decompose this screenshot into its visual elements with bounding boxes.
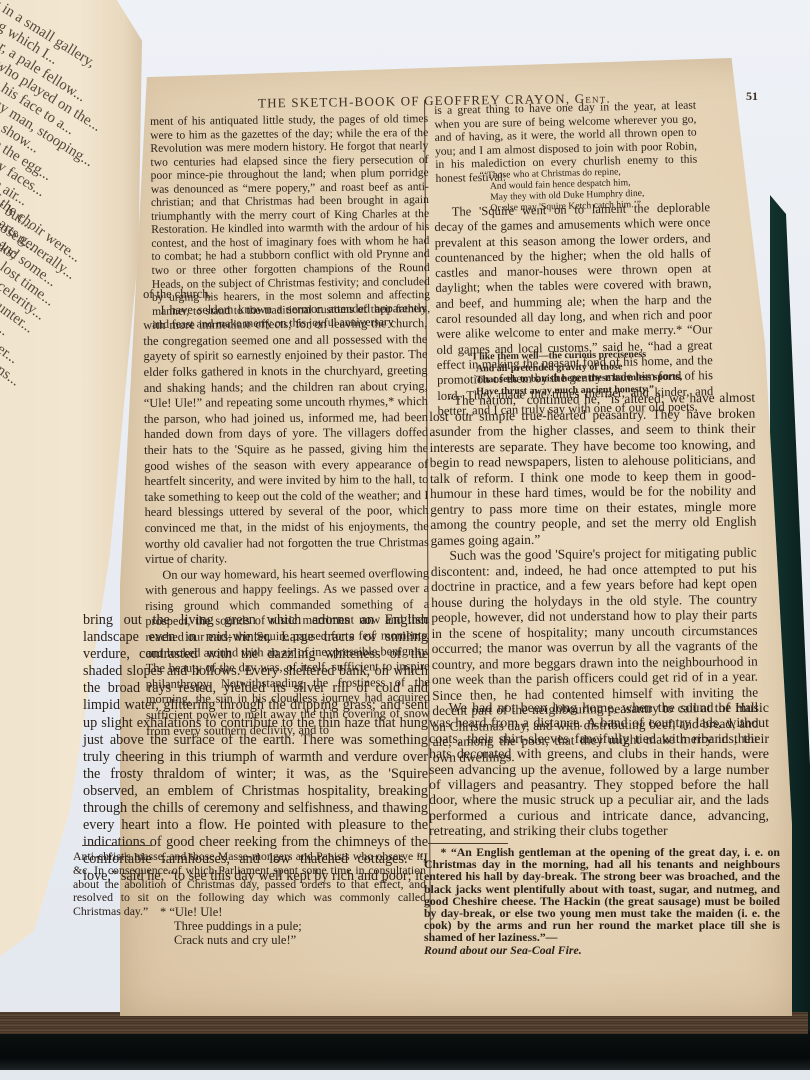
footnote-verse: * “Ule! Ule! Three puddings in a pule; C… (160, 905, 302, 947)
footnote-text: * “An English gentleman at the opening o… (424, 846, 780, 944)
verse-line: * “Ule! Ule! (160, 905, 302, 919)
paragraph: I have seldom known a sermon attended ap… (143, 301, 429, 568)
footnote-rule (428, 843, 508, 844)
book-cover-bottom (0, 1030, 810, 1070)
right-footnote: * “An English gentleman at the opening o… (424, 846, 780, 956)
page-number: 51 (746, 89, 758, 104)
footnote-source: Round about our Sea-Coal Fire. (424, 944, 780, 956)
footnote-rule (82, 845, 152, 846)
verse-line: Three puddings in a pule; (160, 919, 302, 933)
paragraph: We had not been long home, when the soun… (429, 701, 769, 840)
right-column-block-5: We had not been long home, when the soun… (429, 701, 769, 840)
paragraph: “The nation,” continued he, “is altered:… (429, 390, 757, 548)
verse-line: Crack nuts and cry ule!” (160, 933, 302, 947)
